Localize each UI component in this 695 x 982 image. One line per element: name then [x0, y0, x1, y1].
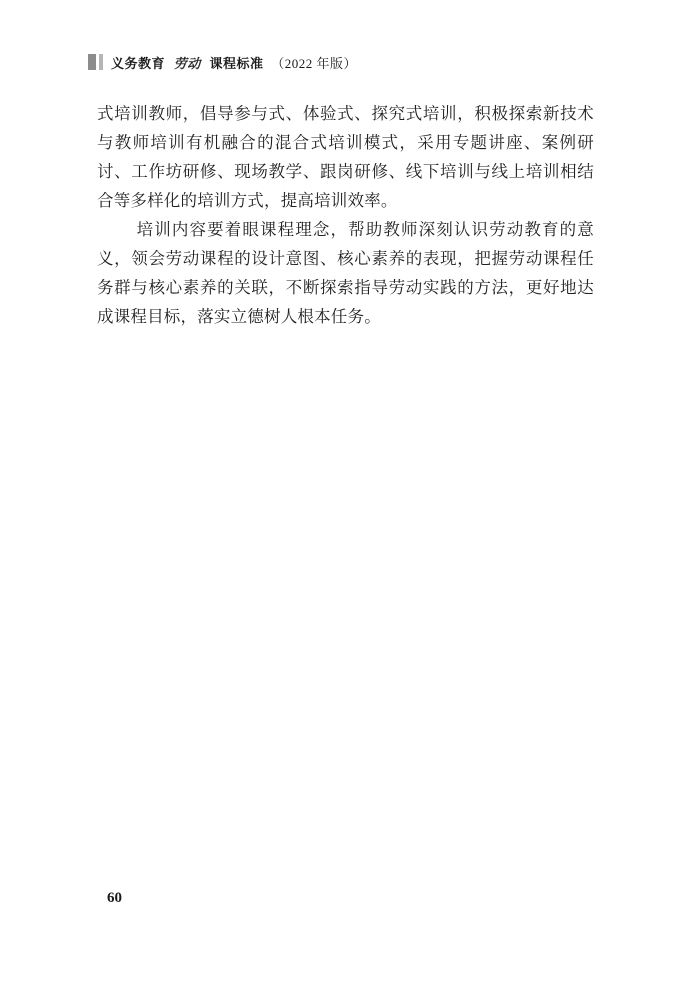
paragraph: 培训内容要着眼课程理念，帮助教师深刻认识劳动教育的意义，领会劳动课程的设计意图、…	[97, 215, 594, 331]
running-head: 义务教育 劳动 课程标准 （2022 年版）	[88, 53, 357, 71]
page-number: 60	[107, 890, 122, 907]
subject-label: 劳动	[174, 53, 201, 72]
header-bar-light-icon	[99, 54, 103, 70]
edition-label: （2022 年版）	[271, 53, 357, 72]
standard-label: 课程标准	[210, 53, 264, 72]
running-head-title: 义务教育 劳动 课程标准 （2022 年版）	[111, 53, 357, 72]
series-label: 义务教育	[111, 53, 165, 72]
document-page: 义务教育 劳动 课程标准 （2022 年版） 式培训教师，倡导参与式、体验式、探…	[0, 0, 695, 982]
header-bar-dark-icon	[88, 54, 96, 70]
paragraph: 式培训教师，倡导参与式、体验式、探究式培训，积极探索新技术与教师培训有机融合的混…	[97, 99, 594, 215]
body-text-block: 式培训教师，倡导参与式、体验式、探究式培训，积极探索新技术与教师培训有机融合的混…	[97, 99, 594, 331]
